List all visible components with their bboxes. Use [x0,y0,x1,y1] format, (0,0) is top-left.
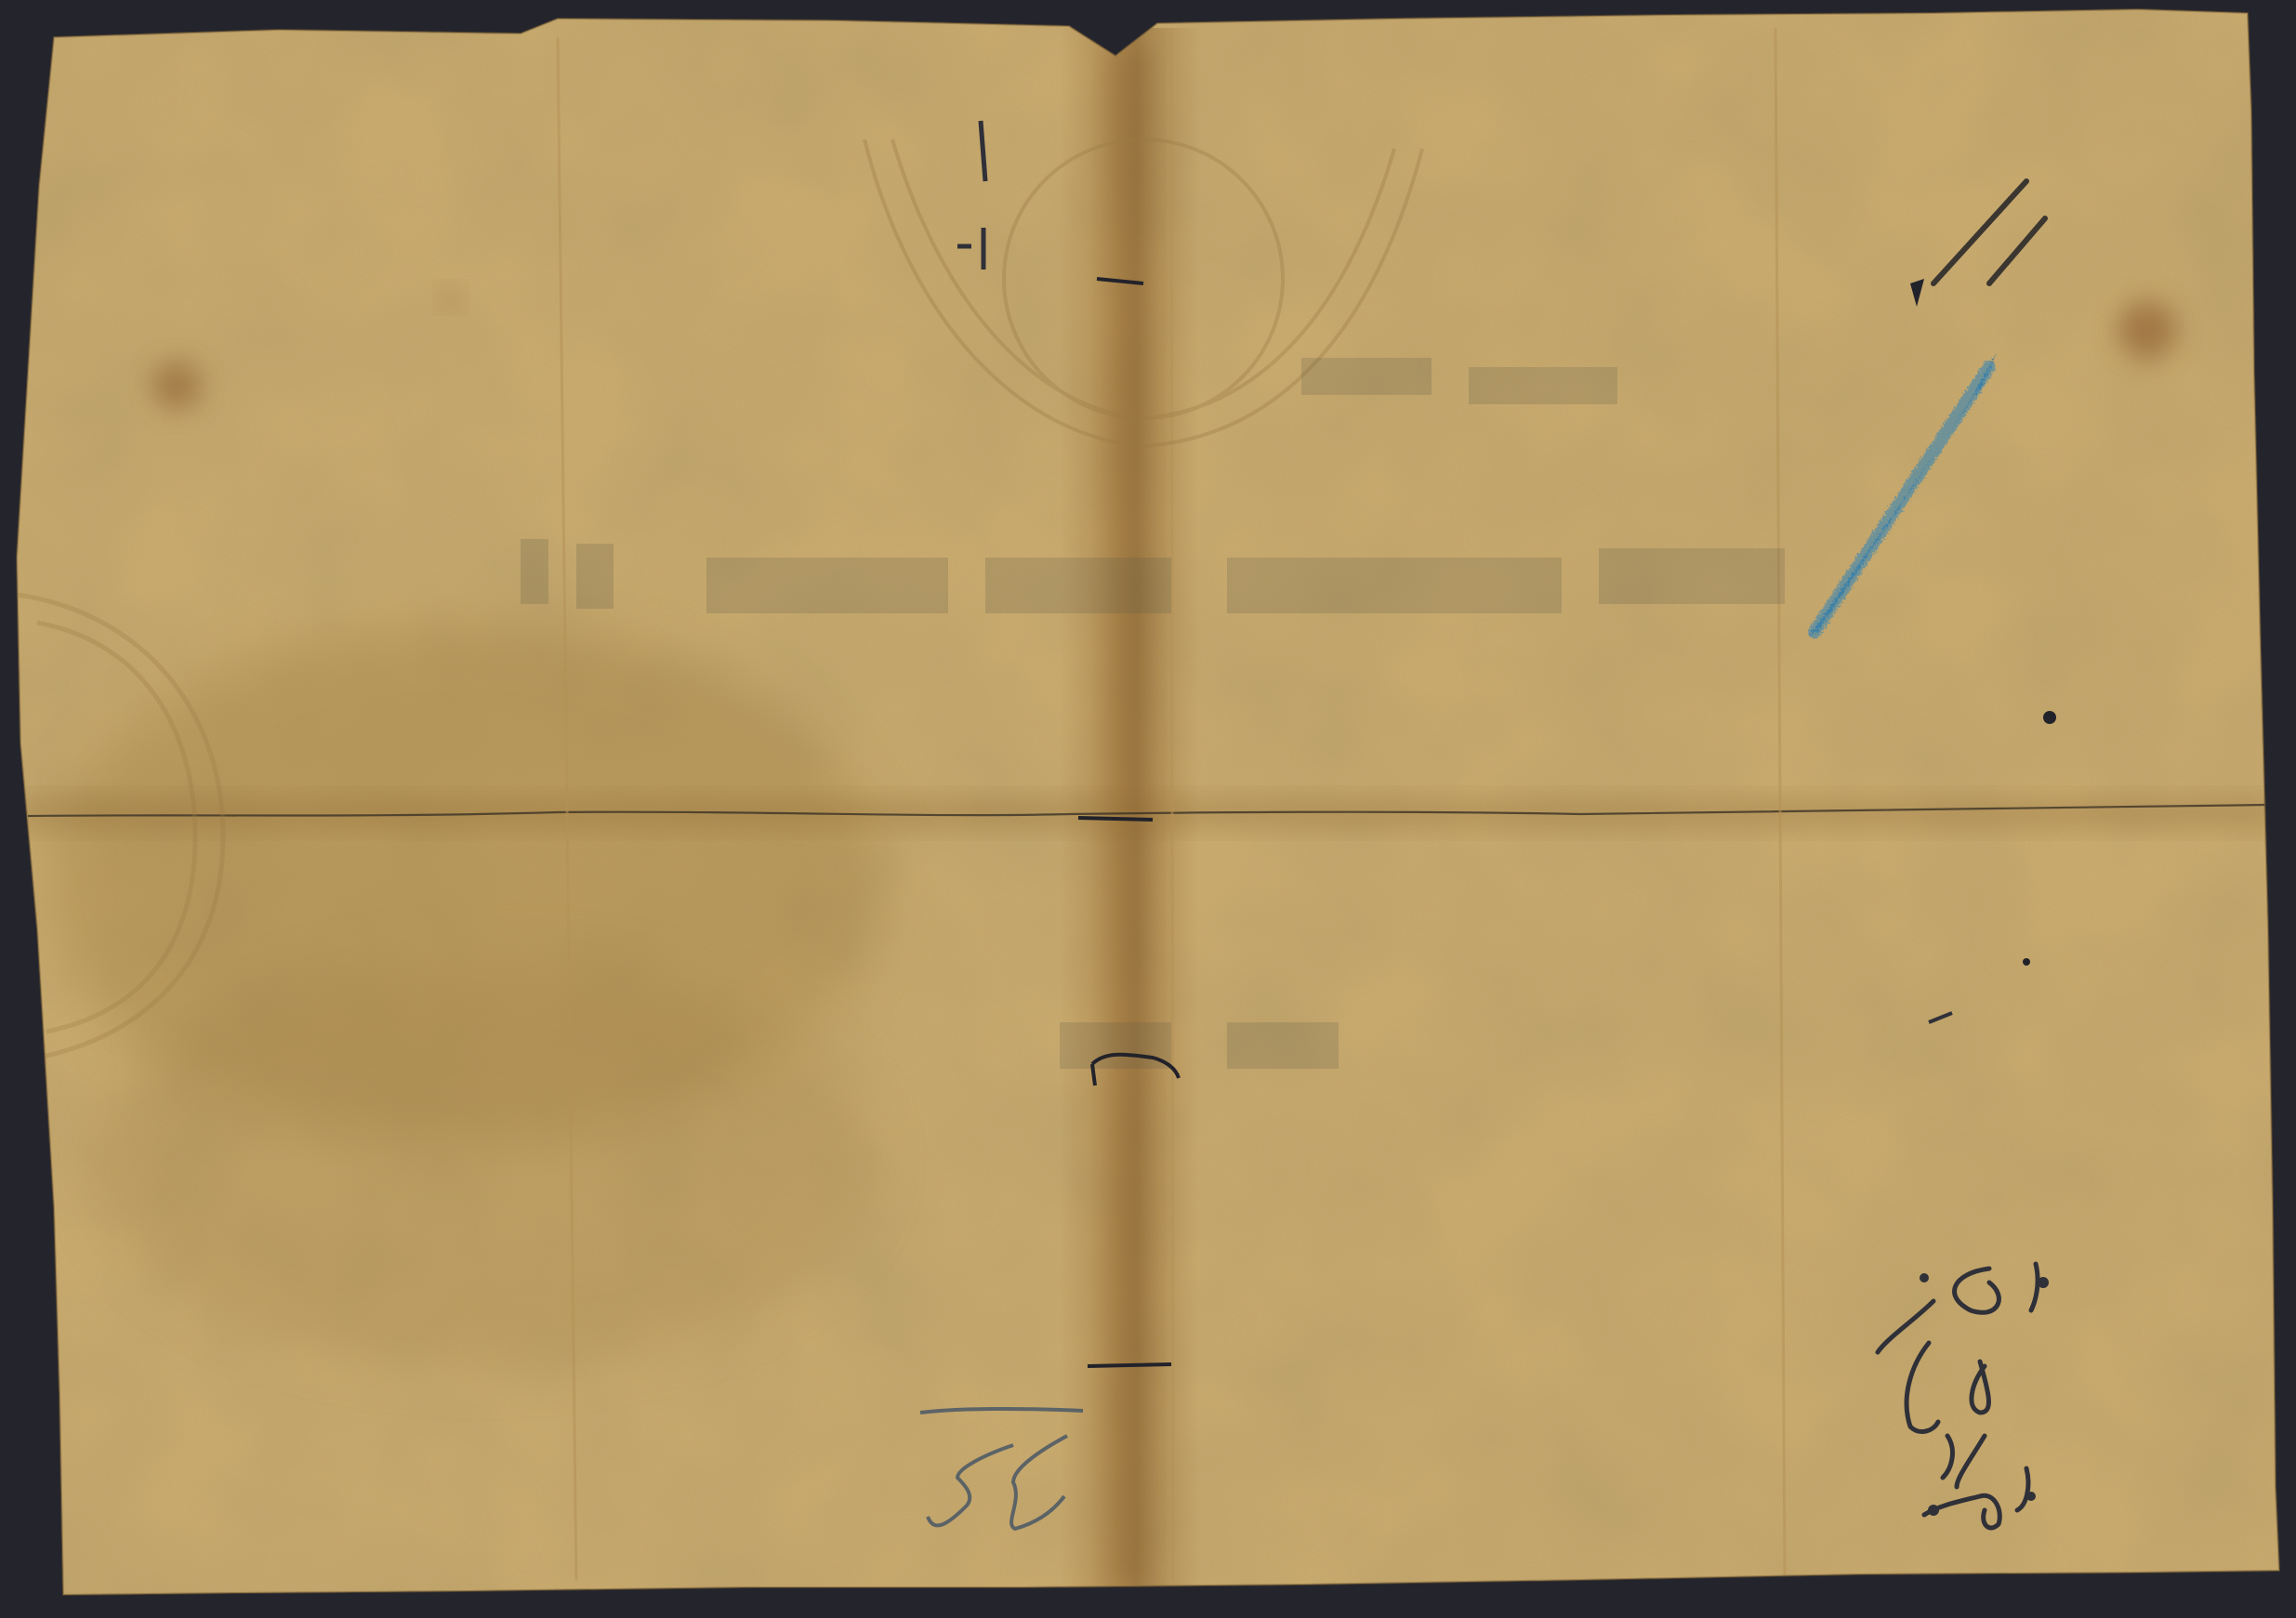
banknote-photo [0,0,2296,1618]
stain-small [442,288,460,307]
stain-right [2118,300,2177,360]
paper-surface [0,0,2296,1618]
stain-left [152,362,201,410]
banknote-graphic [0,0,2296,1618]
